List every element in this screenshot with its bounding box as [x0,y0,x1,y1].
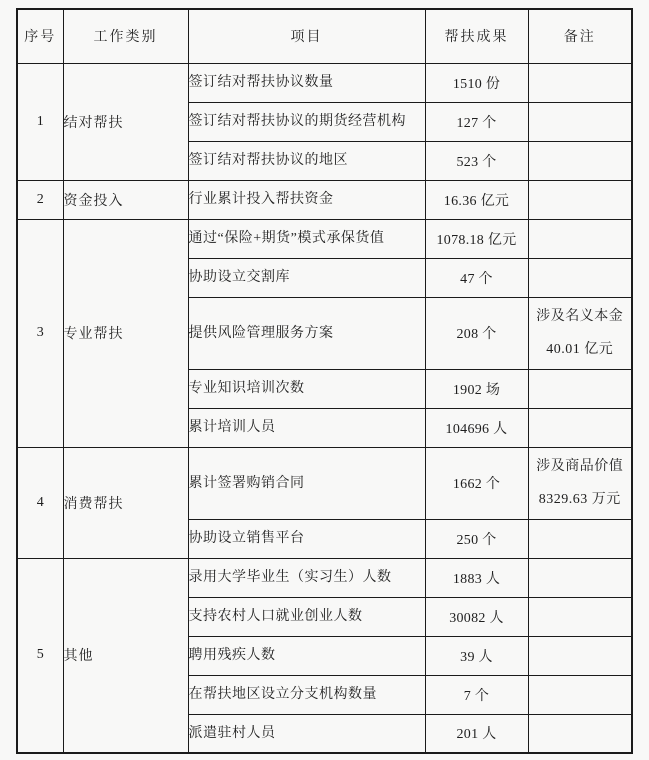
item-cell: 录用大学毕业生（实习生）人数 [188,558,425,597]
item-cell: 在帮扶地区设立分支机构数量 [188,675,425,714]
note-cell [528,675,632,714]
result-cell: 127 个 [425,102,528,141]
note-cell [528,636,632,675]
item-cell: 签订结对帮扶协议的期货经营机构 [188,102,425,141]
item-cell: 累计签署购销合同 [188,447,425,519]
result-cell: 16.36 亿元 [425,180,528,219]
column-header-note: 备注 [528,9,632,63]
category-cell: 其他 [63,558,188,753]
result-cell: 7 个 [425,675,528,714]
result-cell: 1510 份 [425,63,528,102]
note-cell [528,714,632,753]
item-cell: 提供风险管理服务方案 [188,297,425,369]
note-cell: 涉及名义本金40.01 亿元 [528,297,632,369]
result-cell: 1902 场 [425,369,528,408]
table-row: 2资金投入行业累计投入帮扶资金16.36 亿元 [17,180,632,219]
table-row: 1结对帮扶签订结对帮扶协议数量1510 份 [17,63,632,102]
result-cell: 1662 个 [425,447,528,519]
column-header-category: 工作类别 [63,9,188,63]
result-cell: 201 人 [425,714,528,753]
category-cell: 资金投入 [63,180,188,219]
note-cell [528,408,632,447]
note-cell [528,63,632,102]
result-cell: 47 个 [425,258,528,297]
item-cell: 行业累计投入帮扶资金 [188,180,425,219]
result-cell: 208 个 [425,297,528,369]
item-cell: 专业知识培训次数 [188,369,425,408]
column-header-item: 项目 [188,9,425,63]
item-cell: 签订结对帮扶协议的地区 [188,141,425,180]
serial-cell: 5 [17,558,63,753]
serial-cell: 3 [17,219,63,447]
note-cell: 涉及商品价值8329.63 万元 [528,447,632,519]
note-cell [528,597,632,636]
table-row: 5其他录用大学毕业生（实习生）人数1883 人 [17,558,632,597]
item-cell: 聘用残疾人数 [188,636,425,675]
category-cell: 消费帮扶 [63,447,188,558]
item-cell: 派遣驻村人员 [188,714,425,753]
table-row: 3专业帮扶通过“保险+期货”模式承保货值1078.18 亿元 [17,219,632,258]
item-cell: 签订结对帮扶协议数量 [188,63,425,102]
table-header-row: 序号 工作类别 项目 帮扶成果 备注 [17,9,632,63]
item-cell: 累计培训人员 [188,408,425,447]
note-cell [528,558,632,597]
note-line: 涉及名义本金 [529,300,632,333]
category-cell: 结对帮扶 [63,63,188,180]
result-cell: 1078.18 亿元 [425,219,528,258]
result-cell: 30082 人 [425,597,528,636]
document-page: 序号 工作类别 项目 帮扶成果 备注 1结对帮扶签订结对帮扶协议数量1510 份… [0,0,649,760]
column-header-result: 帮扶成果 [425,9,528,63]
result-cell: 104696 人 [425,408,528,447]
item-cell: 通过“保险+期货”模式承保货值 [188,219,425,258]
note-cell [528,180,632,219]
table-body: 1结对帮扶签订结对帮扶协议数量1510 份签订结对帮扶协议的期货经营机构127 … [17,63,632,753]
item-cell: 协助设立销售平台 [188,519,425,558]
result-cell: 39 人 [425,636,528,675]
note-cell [528,519,632,558]
item-cell: 支持农村人口就业创业人数 [188,597,425,636]
serial-cell: 4 [17,447,63,558]
note-cell [528,258,632,297]
serial-cell: 2 [17,180,63,219]
result-cell: 523 个 [425,141,528,180]
note-line: 8329.63 万元 [529,483,632,516]
column-header-serial: 序号 [17,9,63,63]
note-cell [528,219,632,258]
note-cell [528,369,632,408]
serial-cell: 1 [17,63,63,180]
item-cell: 协助设立交割库 [188,258,425,297]
note-cell [528,102,632,141]
table-row: 4消费帮扶累计签署购销合同1662 个涉及商品价值8329.63 万元 [17,447,632,519]
note-cell [528,141,632,180]
note-line: 涉及商品价值 [529,450,632,483]
note-line: 40.01 亿元 [529,333,632,366]
result-cell: 1883 人 [425,558,528,597]
assistance-results-table: 序号 工作类别 项目 帮扶成果 备注 1结对帮扶签订结对帮扶协议数量1510 份… [16,8,633,754]
result-cell: 250 个 [425,519,528,558]
category-cell: 专业帮扶 [63,219,188,447]
